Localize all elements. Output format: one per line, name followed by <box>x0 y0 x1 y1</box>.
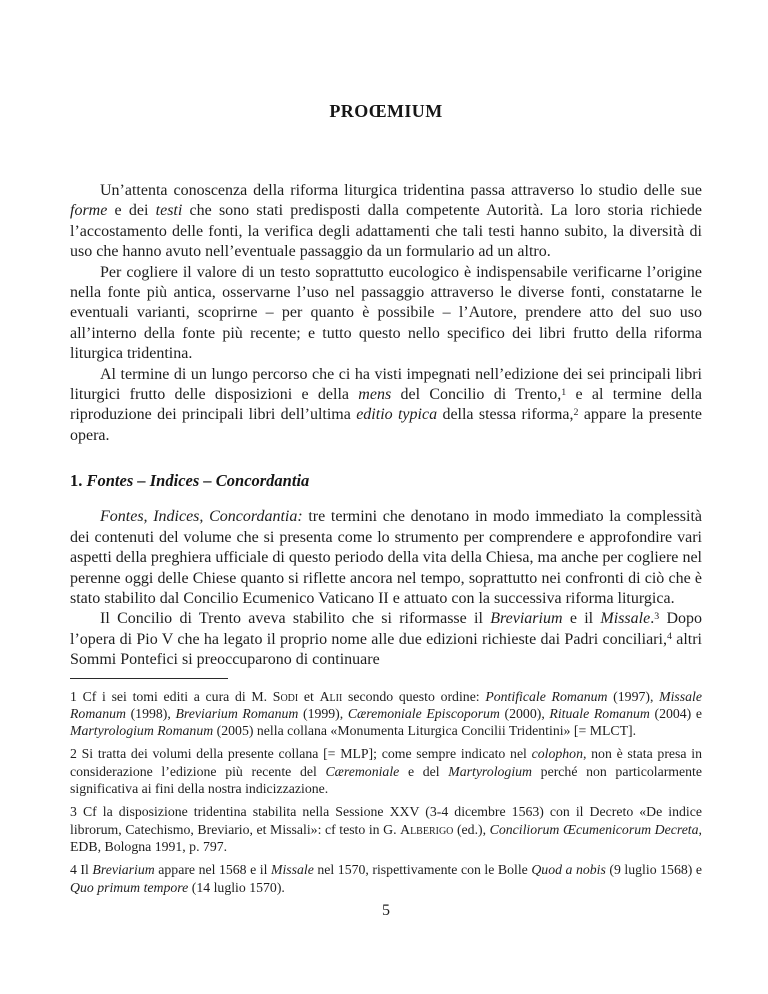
paragraph-intro-3: Al termine di un lungo percorso che ci h… <box>70 365 702 447</box>
page-title: PROŒMIUM <box>70 101 702 122</box>
paragraph-intro-2: Per cogliere il valore di un testo sopra… <box>70 263 702 365</box>
page-content: PROŒMIUM Un’attenta conoscenza della rif… <box>70 0 702 920</box>
body-text: Un’attenta conoscenza della riforma litu… <box>70 181 702 671</box>
paragraph-section-1: Fontes, Indices, Concordantia: tre termi… <box>70 507 702 609</box>
page-number: 5 <box>70 902 702 920</box>
footnotes-block: 1 Cf i sei tomi editi a cura di M. Sodi … <box>70 688 702 896</box>
footnote-2: 2 Si tratta dei volumi della presente co… <box>70 745 702 797</box>
footnote-1: 1 Cf i sei tomi editi a cura di M. Sodi … <box>70 688 702 740</box>
paragraph-intro-1: Un’attenta conoscenza della riforma litu… <box>70 181 702 263</box>
document-page: PROŒMIUM Un’attenta conoscenza della rif… <box>0 0 768 994</box>
footnote-separator <box>70 678 228 679</box>
section-heading: 1. Fontes – Indices – Concordantia <box>70 470 702 491</box>
footnote-3: 3 Cf la disposizione tridentina stabilit… <box>70 803 702 855</box>
footnote-4: 4 Il Breviarium appare nel 1568 e il Mis… <box>70 861 702 896</box>
paragraph-section-2: Il Concilio di Trento aveva stabilito ch… <box>70 609 702 670</box>
